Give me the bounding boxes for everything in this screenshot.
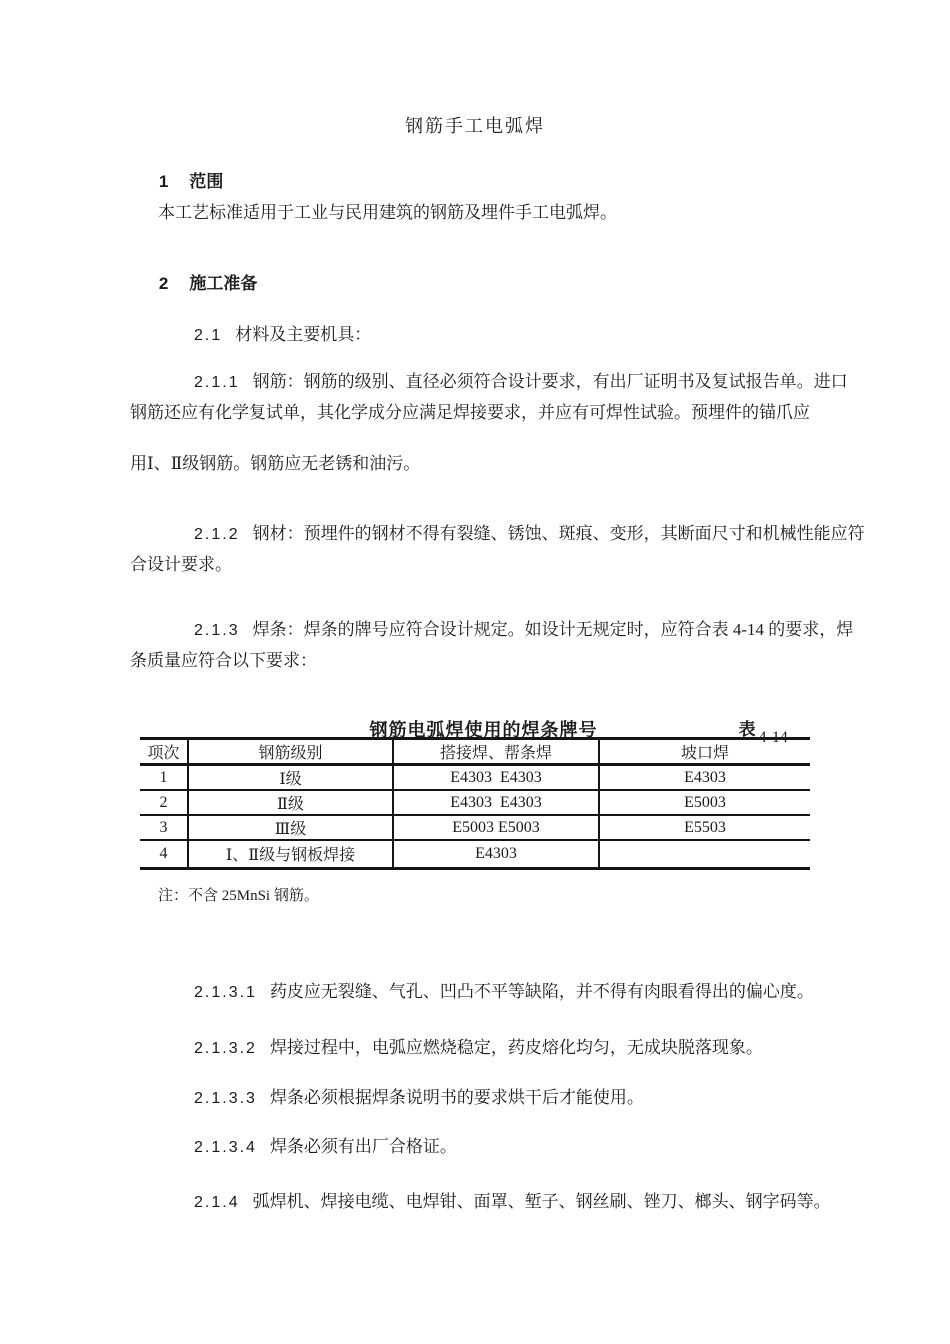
paragraph-2-1-2-line-2: 合设计要求。	[130, 555, 820, 575]
table-reference-label: 表4-14	[713, 700, 788, 761]
cell-lap-weld: E4303 E4303	[393, 765, 599, 791]
section-heading-scope: 1范围	[130, 152, 820, 172]
table-ref-prefix: 表	[739, 720, 756, 739]
paragraph-2-1-1-line-2: 钢筋还应有化学复试单，其化学成分应满足焊接要求，并应有可焊性试验。预埋件的锚爪应	[130, 403, 820, 423]
paragraph-number: 2.1.1	[194, 373, 240, 393]
item-2-1-3-3: 2.1.3.3焊条必须根据焊条说明书的要求烘干后才能使用。	[130, 1068, 820, 1088]
cell-groove-weld: E4303	[599, 765, 810, 791]
item-2-1-3-1: 2.1.3.1药皮应无裂缝、气孔、凹凸不平等缺陷，并不得有肉眼看得出的偏心度。	[130, 962, 820, 982]
cell-rebar-grade: Ⅱ级	[188, 790, 393, 815]
paragraph-2-1-3-line-1: 2.1.3焊条：焊条的牌号应符合设计规定。如设计无规定时，应符合表 4-14 的…	[130, 600, 820, 620]
item-text: 弧焊机、焊接电缆、电焊钳、面罩、堑子、钢丝刷、锉刀、榔头、钢字码等。	[253, 1192, 831, 1211]
paragraph-text: 钢筋：钢筋的级别、直径必须符合设计要求，有出厂证明书及复试报告单。进口	[253, 372, 848, 391]
table-row: 3 Ⅲ级 E5003 E5003 E5503	[140, 815, 810, 840]
table-note: 注：不含 25MnSi 钢筋。	[130, 886, 820, 906]
subsection-2-1: 2.1材料及主要机具：	[130, 305, 820, 325]
item-number: 2.1.3.2	[194, 1039, 257, 1059]
column-header-lap-weld: 搭接焊、帮条焊	[393, 739, 599, 765]
paragraph-2-1-2-line-1: 2.1.2钢材：预埋件的钢材不得有裂缝、锈蚀、斑痕、变形，其断面尺寸和机械性能应…	[130, 504, 820, 524]
cell-rebar-grade: Ⅰ、Ⅱ级与钢板焊接	[188, 840, 393, 868]
item-text: 焊条必须有出厂合格证。	[270, 1137, 457, 1156]
item-number: 2.1.3.3	[194, 1089, 257, 1109]
cell-rebar-grade: Ⅲ级	[188, 815, 393, 840]
paragraph-number: 2.1.2	[194, 525, 240, 545]
cell-lap-weld: E4303 E4303	[393, 790, 599, 815]
item-text: 焊条必须根据焊条说明书的要求烘干后才能使用。	[270, 1088, 644, 1107]
section-heading-preparation: 2施工准备	[130, 254, 820, 274]
cell-item-no: 3	[140, 815, 188, 840]
cell-item-no: 4	[140, 840, 188, 868]
table-title: 钢筋电弧焊使用的焊条牌号	[370, 720, 598, 740]
cell-item-no: 2	[140, 790, 188, 815]
item-text: 焊接过程中，电弧应燃烧稳定，药皮熔化均匀，无成块脱落现象。	[270, 1038, 763, 1057]
column-header-item-no: 项次	[140, 739, 188, 765]
item-text: 药皮应无裂缝、气孔、凹凸不平等缺陷，并不得有肉眼看得出的偏心度。	[270, 982, 814, 1001]
table-row: 2 Ⅱ级 E4303 E4303 E5003	[140, 790, 810, 815]
section-title: 施工准备	[189, 274, 257, 293]
table-ref-number: 4-14	[759, 729, 788, 746]
scope-paragraph: 本工艺标准适用于工业与民用建筑的钢筋及埋件手工电弧焊。	[130, 203, 820, 223]
paragraph-text: 焊条：焊条的牌号应符合设计规定。如设计无规定时，应符合表 4-14 的要求，焊	[253, 620, 854, 639]
item-2-1-3-2: 2.1.3.2焊接过程中，电弧应燃烧稳定，药皮熔化均匀，无成块脱落现象。	[130, 1018, 820, 1038]
item-number: 2.1.4	[194, 1193, 240, 1213]
section-title: 范围	[189, 172, 223, 191]
paragraph-2-1-1-line-1: 2.1.1钢筋：钢筋的级别、直径必须符合设计要求，有出厂证明书及复试报告单。进口	[130, 352, 820, 372]
paragraph-text: 钢材：预埋件的钢材不得有裂缝、锈蚀、斑痕、变形，其断面尺寸和机械性能应符	[253, 524, 865, 543]
column-header-rebar-grade: 钢筋级别	[188, 739, 393, 765]
cell-groove-weld	[599, 840, 810, 868]
item-number: 2.1.3.1	[194, 983, 257, 1003]
section-number: 2	[159, 274, 168, 294]
paragraph-2-1-1-line-3: 用Ⅰ、Ⅱ级钢筋。钢筋应无老锈和油污。	[130, 454, 820, 474]
cell-groove-weld: E5503	[599, 815, 810, 840]
paragraph-number: 2.1	[194, 326, 222, 346]
cell-groove-weld: E5003	[599, 790, 810, 815]
item-2-1-3-4: 2.1.3.4焊条必须有出厂合格证。	[130, 1117, 820, 1137]
document-title: 钢筋手工电弧焊	[130, 116, 820, 136]
section-number: 1	[159, 172, 168, 192]
cell-rebar-grade: Ⅰ级	[188, 765, 393, 791]
cell-lap-weld: E4303	[393, 840, 599, 868]
paragraph-number: 2.1.3	[194, 621, 240, 641]
cell-lap-weld: E5003 E5003	[393, 815, 599, 840]
item-number: 2.1.3.4	[194, 1138, 257, 1158]
cell-item-no: 1	[140, 765, 188, 791]
table-caption-row: 钢筋电弧焊使用的焊条牌号 表4-14	[130, 700, 820, 720]
paragraph-text: 材料及主要机具：	[235, 325, 371, 344]
item-2-1-4: 2.1.4弧焊机、焊接电缆、电焊钳、面罩、堑子、钢丝刷、锉刀、榔头、钢字码等。	[130, 1172, 820, 1192]
table-row: 4 Ⅰ、Ⅱ级与钢板焊接 E4303	[140, 840, 810, 868]
paragraph-2-1-3-line-2: 条质量应符合以下要求：	[130, 651, 820, 671]
document-page: 钢筋手工电弧焊 1范围 本工艺标准适用于工业与民用建筑的钢筋及埋件手工电弧焊。 …	[0, 0, 950, 1344]
